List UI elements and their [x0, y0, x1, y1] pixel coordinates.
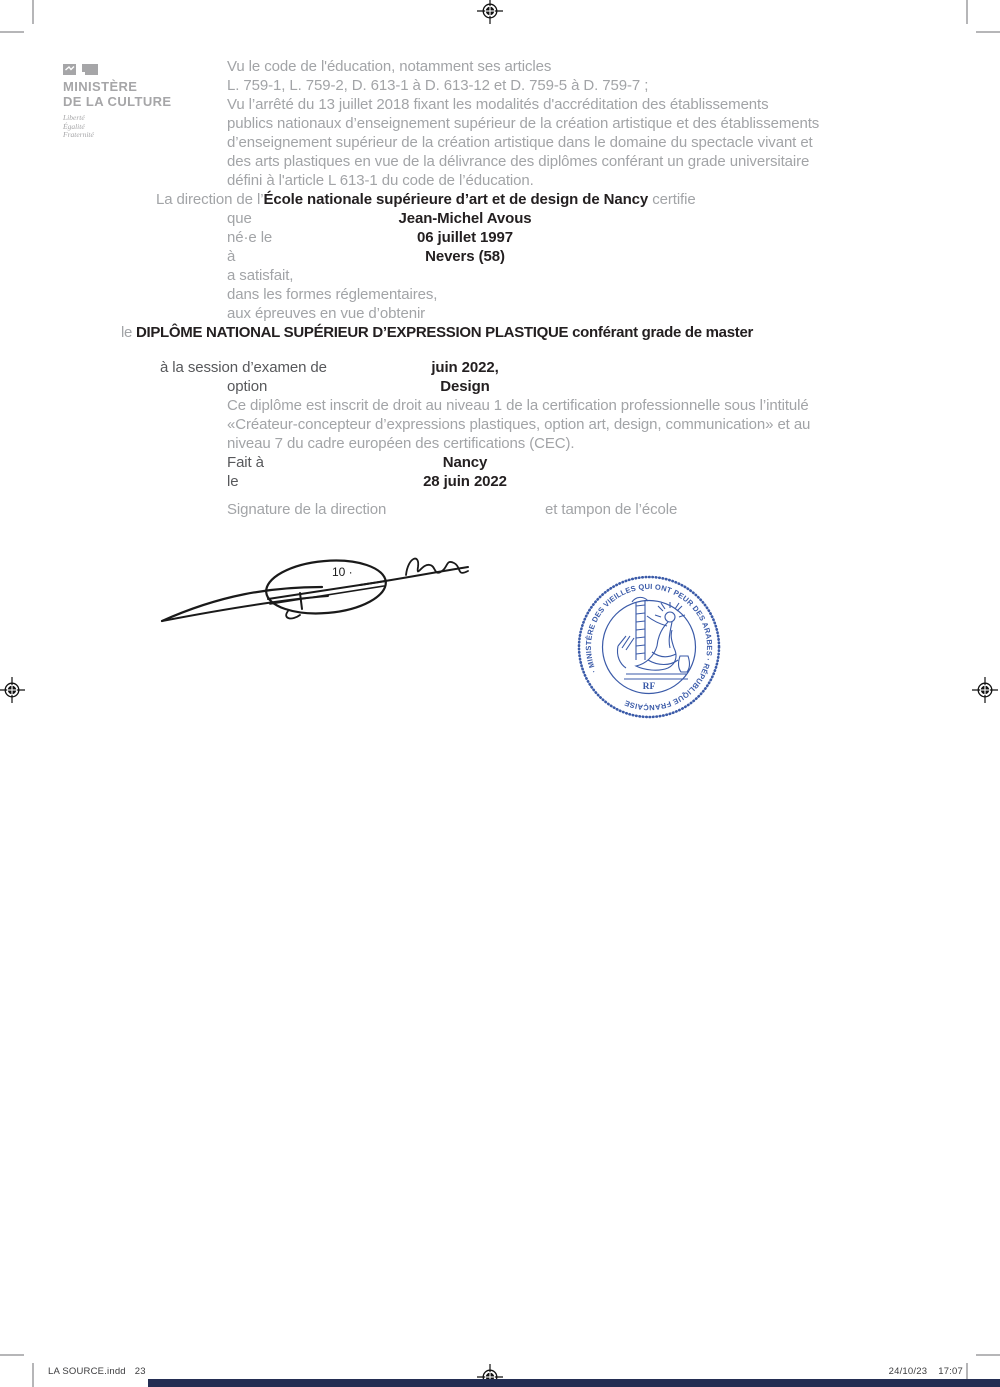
print-slug-right: 24/10/2317:07 — [889, 1366, 963, 1377]
field-label: que — [227, 210, 252, 227]
legal-line: d’enseignement supérieur de la création … — [227, 133, 819, 152]
issue-date-label: le — [227, 473, 238, 490]
legal-line: publics nationaux d’enseignement supérie… — [227, 114, 819, 133]
republic-motto: Liberté Égalité Fraternité — [63, 114, 171, 140]
stamp-rf-monogram: RF — [643, 682, 656, 692]
issue-date: 28 juin 2022 — [300, 472, 630, 491]
school-stamp-seal-icon: · MINISTÈRE DES VIEILLES QUI ONT PEUR DE… — [574, 572, 724, 722]
signature-icon: 10 · — [150, 543, 490, 635]
issue-place-label: Fait à — [227, 454, 264, 471]
note-line: Ce diplôme est inscrit de droit au nivea… — [227, 396, 810, 415]
birth-place: Nevers (58) — [300, 247, 630, 266]
option-value: Design — [300, 377, 630, 396]
field-row-exams: aux épreuves en vue d’obtenir — [227, 304, 437, 323]
field-label: né·e le — [227, 229, 272, 246]
issue-date-row: le 28 juin 2022 — [227, 472, 264, 491]
signature-annotation: 10 · — [332, 565, 353, 579]
crop-mark-top-left-horizontal — [0, 31, 24, 33]
french-flag-icon — [63, 63, 101, 76]
legal-line: Vu le code de l'éducation, notamment ses… — [227, 57, 819, 76]
slug-time: 17:07 — [938, 1366, 963, 1377]
slug-page-number: 23 — [135, 1366, 146, 1377]
field-row-satisfied: a satisfait, — [227, 266, 437, 285]
field-label: dans les formes réglementaires, — [227, 286, 437, 303]
field-row-birthplace: à Nevers (58) — [227, 247, 437, 266]
note-line: niveau 7 du cadre européen des certifica… — [227, 434, 810, 453]
option-row: option Design — [160, 377, 327, 396]
signature-caption: Signature de la direction — [227, 501, 386, 518]
certify-prefix: La direction de l’ — [156, 191, 263, 208]
legal-preamble: Vu le code de l'éducation, notamment ses… — [227, 57, 819, 190]
crop-mark-bottom-left-vertical — [32, 1363, 34, 1387]
ministry-name-line1: MINISTÈRE — [63, 79, 171, 94]
session-date: juin 2022, — [300, 358, 630, 377]
slug-date: 24/10/23 — [889, 1366, 928, 1377]
registration-mark-left-icon — [0, 675, 27, 705]
print-slug-left: LA SOURCE.indd23 — [48, 1366, 146, 1377]
school-name: École nationale supérieure d’art et de d… — [263, 191, 648, 208]
stamp-ring-text: · MINISTÈRE DES VIEILLES QUI ONT PEUR DE… — [584, 582, 714, 712]
field-row-forms: dans les formes réglementaires, — [227, 285, 437, 304]
crop-mark-top-right-vertical — [966, 0, 968, 24]
stamp-seated-figure-icon — [617, 597, 689, 679]
diploma-title-suffix: conférant grade de master — [568, 324, 753, 341]
option-label: option — [160, 377, 267, 396]
ministry-logo: MINISTÈRE DE LA CULTURE Liberté Égalité … — [63, 63, 171, 140]
issue-block: Fait à Nancy le 28 juin 2022 — [227, 453, 264, 491]
motto-fraternite: Fraternité — [63, 131, 171, 140]
ministry-name-line2: DE LA CULTURE — [63, 94, 171, 109]
candidate-fields: que Jean-Michel Avous né·e le 06 juillet… — [227, 209, 437, 323]
issue-place-row: Fait à Nancy — [227, 453, 264, 472]
legal-line: défini à l'article L 613-1 du code de l’… — [227, 171, 819, 190]
diploma-title-line: le DIPLÔME NATIONAL SUPÉRIEUR D’EXPRESSI… — [121, 323, 753, 342]
legal-line: des arts plastiques en vue de la délivra… — [227, 152, 819, 171]
diploma-title: DIPLÔME NATIONAL SUPÉRIEUR D’EXPRESSION … — [136, 324, 568, 341]
field-label: a satisfait, — [227, 267, 293, 284]
session-block: à la session d’examen de juin 2022, opti… — [160, 358, 327, 396]
crop-mark-bottom-right-horizontal — [976, 1354, 1000, 1356]
svg-text:· MINISTÈRE DES VIEILLES QUI O: · MINISTÈRE DES VIEILLES QUI ONT PEUR DE… — [584, 582, 714, 712]
bottom-trim-bar — [148, 1379, 1000, 1387]
crop-mark-top-left-vertical — [32, 0, 34, 24]
registration-mark-right-icon — [970, 675, 1000, 705]
note-line: «Créateur-concepteur d’expressions plast… — [227, 415, 810, 434]
field-label: à — [227, 248, 235, 265]
crop-mark-top-right-horizontal — [976, 31, 1000, 33]
candidate-name: Jean-Michel Avous — [300, 209, 630, 228]
stamp-caption: et tampon de l’école — [545, 500, 677, 519]
field-row-birthdate: né·e le 06 juillet 1997 — [227, 228, 437, 247]
field-row-name: que Jean-Michel Avous — [227, 209, 437, 228]
field-label: aux épreuves en vue d’obtenir — [227, 305, 425, 322]
registration-mark-top-icon — [475, 0, 505, 26]
issue-place: Nancy — [300, 453, 630, 472]
certify-line: La direction de l’École nationale supéri… — [156, 190, 696, 209]
diploma-page: MINISTÈRE DE LA CULTURE Liberté Égalité … — [0, 0, 1000, 1387]
diploma-article: le — [121, 324, 136, 341]
slug-filename: LA SOURCE.indd — [48, 1366, 126, 1377]
certify-suffix: certifie — [648, 191, 695, 208]
ministry-name: MINISTÈRE DE LA CULTURE — [63, 79, 171, 109]
birth-date: 06 juillet 1997 — [300, 228, 630, 247]
legal-line: Vu l’arrêté du 13 juillet 2018 fixant le… — [227, 95, 819, 114]
crop-mark-bottom-left-horizontal — [0, 1354, 24, 1356]
session-row: à la session d’examen de juin 2022, — [160, 358, 327, 377]
captions-row: Signature de la direction et tampon de l… — [227, 500, 827, 519]
legal-line: L. 759-1, L. 759-2, D. 613-1 à D. 613-12… — [227, 76, 819, 95]
certification-note: Ce diplôme est inscrit de droit au nivea… — [227, 396, 810, 453]
